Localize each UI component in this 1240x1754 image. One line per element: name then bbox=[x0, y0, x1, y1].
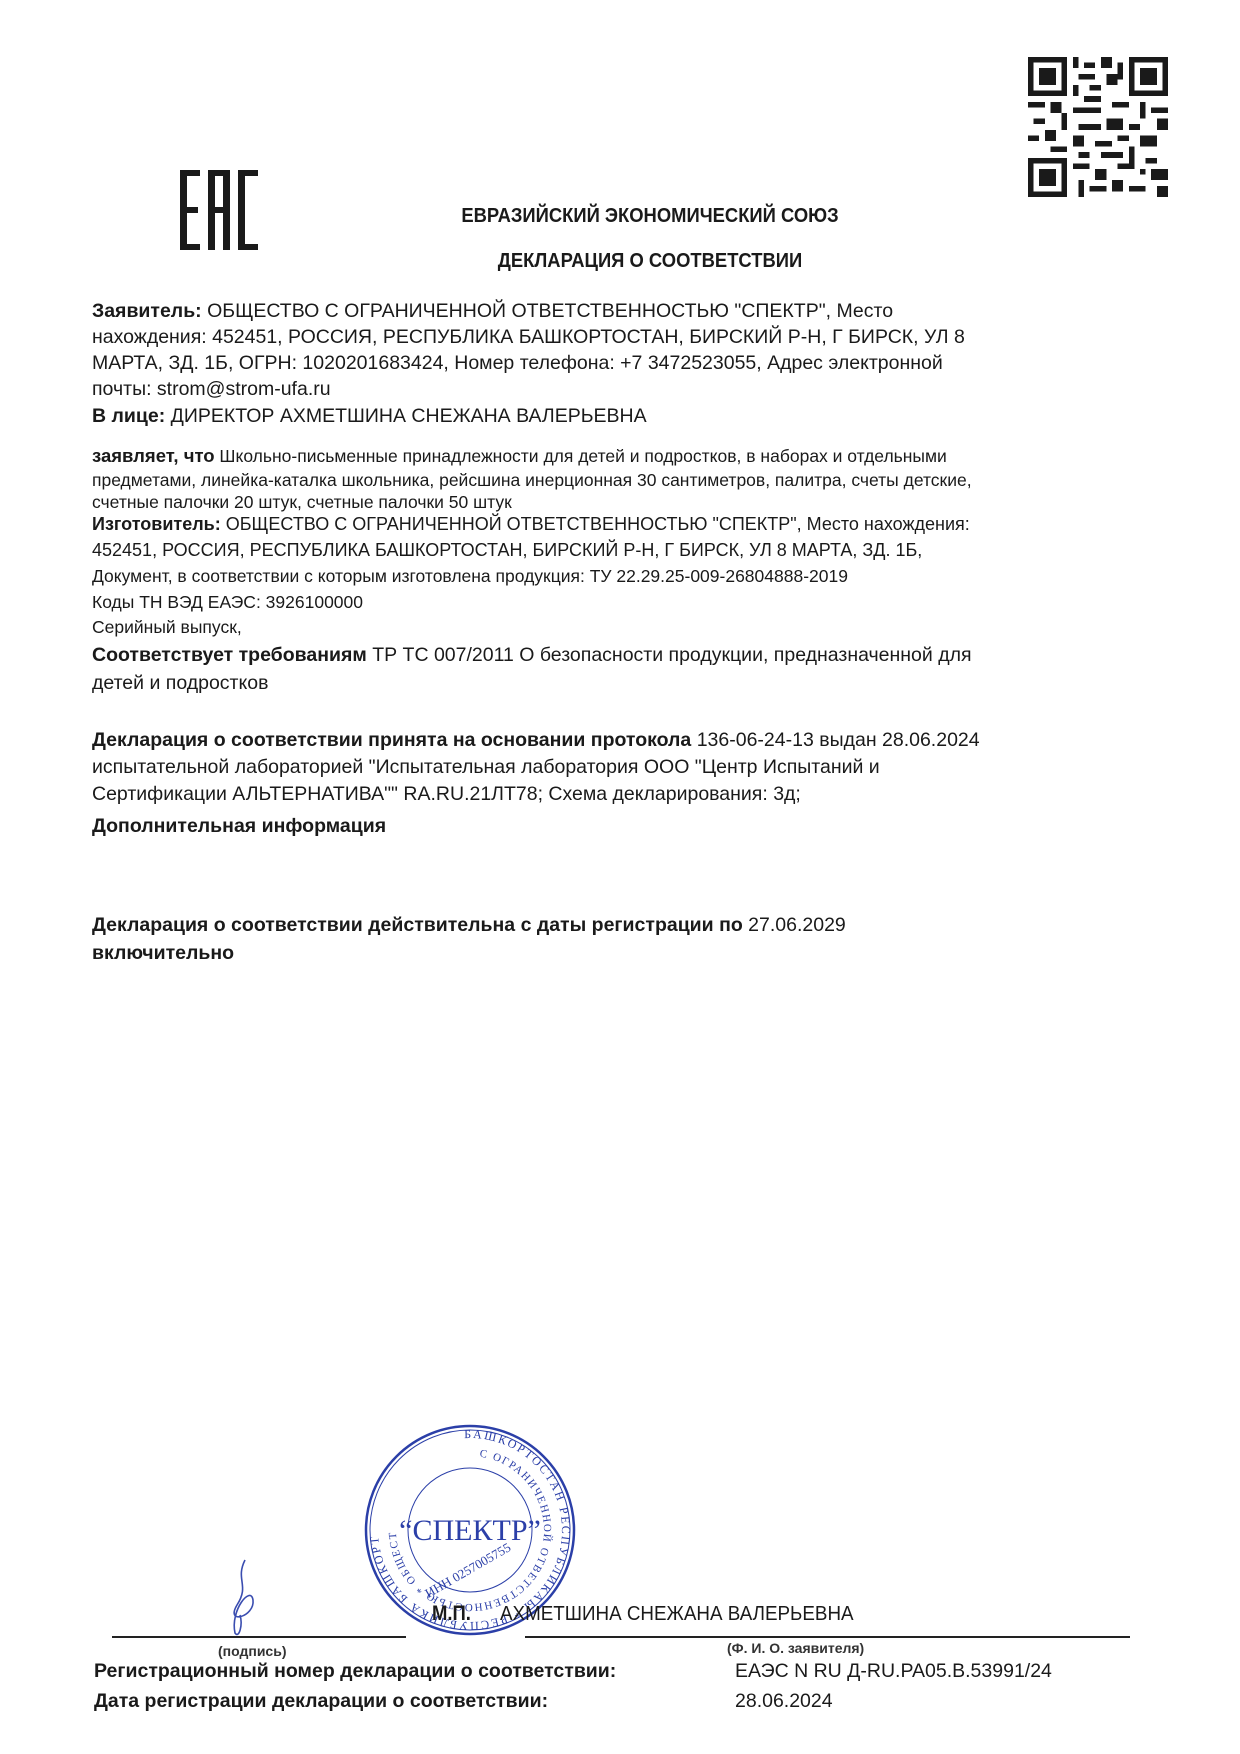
manufacturer-tnved: Коды ТН ВЭД ЕАЭС: 3926100000 bbox=[92, 590, 363, 614]
applicant-line-3: МАРТА, ЗД. 1Б, ОГРН: 1020201683424, Номе… bbox=[92, 350, 943, 376]
declares-line-2: предметами, линейка-каталка школьника, р… bbox=[92, 468, 972, 492]
signature-icon bbox=[215, 1555, 275, 1640]
additional-info-label: Дополнительная информация bbox=[92, 813, 386, 839]
mp-label: М.П. bbox=[432, 1602, 471, 1626]
qr-code-icon[interactable] bbox=[1028, 57, 1168, 197]
representative-label: В лице: bbox=[92, 405, 165, 427]
applicant-label: Заявитель: bbox=[92, 300, 202, 322]
requirements-line-1: Соответствует требованиям ТР ТС 007/2011… bbox=[92, 642, 972, 668]
registration-number: ЕАЭС N RU Д-RU.PA05.B.53991/24 bbox=[735, 1658, 1052, 1684]
manufacturer-line-2: 452451, РОССИЯ, РЕСПУБЛИКА БАШКОРТОСТАН,… bbox=[92, 538, 922, 562]
basis-label: Декларация о соответствии принята на осн… bbox=[92, 729, 691, 751]
registration-number-label: Регистрационный номер декларации о соотв… bbox=[94, 1658, 616, 1684]
eac-logo-icon bbox=[180, 170, 260, 250]
manufacturer-label: Изготовитель: bbox=[92, 514, 221, 534]
representative: В лице: ДИРЕКТОР АХМЕТШИНА СНЕЖАНА ВАЛЕР… bbox=[92, 403, 647, 429]
signature-line bbox=[112, 1636, 406, 1638]
declares-label: заявляет, что bbox=[92, 445, 215, 466]
requirements-label: Соответствует требованиям bbox=[92, 644, 367, 666]
validity-line: Декларация о соответствии действительна … bbox=[92, 912, 846, 938]
basis-line-3: Сертификации АЛЬТЕРНАТИВА"" RA.RU.21ЛТ78… bbox=[92, 781, 801, 807]
manufacturer-document: Документ, в соответствии с которым изгот… bbox=[92, 564, 848, 588]
manufacturer-serial: Серийный выпуск, bbox=[92, 615, 242, 639]
signature-caption: (подпись) bbox=[218, 1643, 287, 1659]
registration-date: 28.06.2024 bbox=[735, 1688, 833, 1714]
applicant-line-1: Заявитель: ОБЩЕСТВО С ОГРАНИЧЕННОЙ ОТВЕТ… bbox=[92, 298, 893, 324]
name-caption: (Ф. И. О. заявителя) bbox=[727, 1640, 864, 1656]
applicant-email: почты: strom@strom-ufa.ru bbox=[92, 376, 331, 402]
validity-label: Декларация о соответствии действительна … bbox=[92, 914, 743, 936]
union-title: ЕВРАЗИЙСКИЙ ЭКОНОМИЧЕСКИЙ СОЮЗ bbox=[392, 205, 907, 228]
validity-suffix: включительно bbox=[92, 940, 234, 966]
declares-line-3: счетные палочки 20 штук, счетные палочки… bbox=[92, 490, 512, 514]
registration-date-label: Дата регистрации декларации о соответств… bbox=[94, 1688, 548, 1714]
document-title: ДЕКЛАРАЦИЯ О СООТВЕТСТВИИ bbox=[392, 250, 907, 273]
applicant-line-2: нахождения: 452451, РОССИЯ, РЕСПУБЛИКА Б… bbox=[92, 324, 965, 350]
svg-text:“СПЕКТР”: “СПЕКТР” bbox=[399, 1514, 541, 1547]
validity-date: 27.06.2029 bbox=[743, 914, 846, 936]
manufacturer-line-1: Изготовитель: ОБЩЕСТВО С ОГРАНИЧЕННОЙ ОТ… bbox=[92, 512, 970, 536]
declares-line-1: заявляет, что Школьно-письменные принадл… bbox=[92, 444, 947, 468]
requirements-line-2: детей и подростков bbox=[92, 670, 268, 696]
signer-name: АХМЕТШИНА СНЕЖАНА ВАЛЕРЬЕВНА bbox=[500, 1603, 854, 1626]
basis-line-1: Декларация о соответствии принята на осн… bbox=[92, 727, 980, 753]
basis-line-2: испытательной лабораторией "Испытательна… bbox=[92, 754, 880, 780]
name-line bbox=[525, 1636, 1130, 1638]
